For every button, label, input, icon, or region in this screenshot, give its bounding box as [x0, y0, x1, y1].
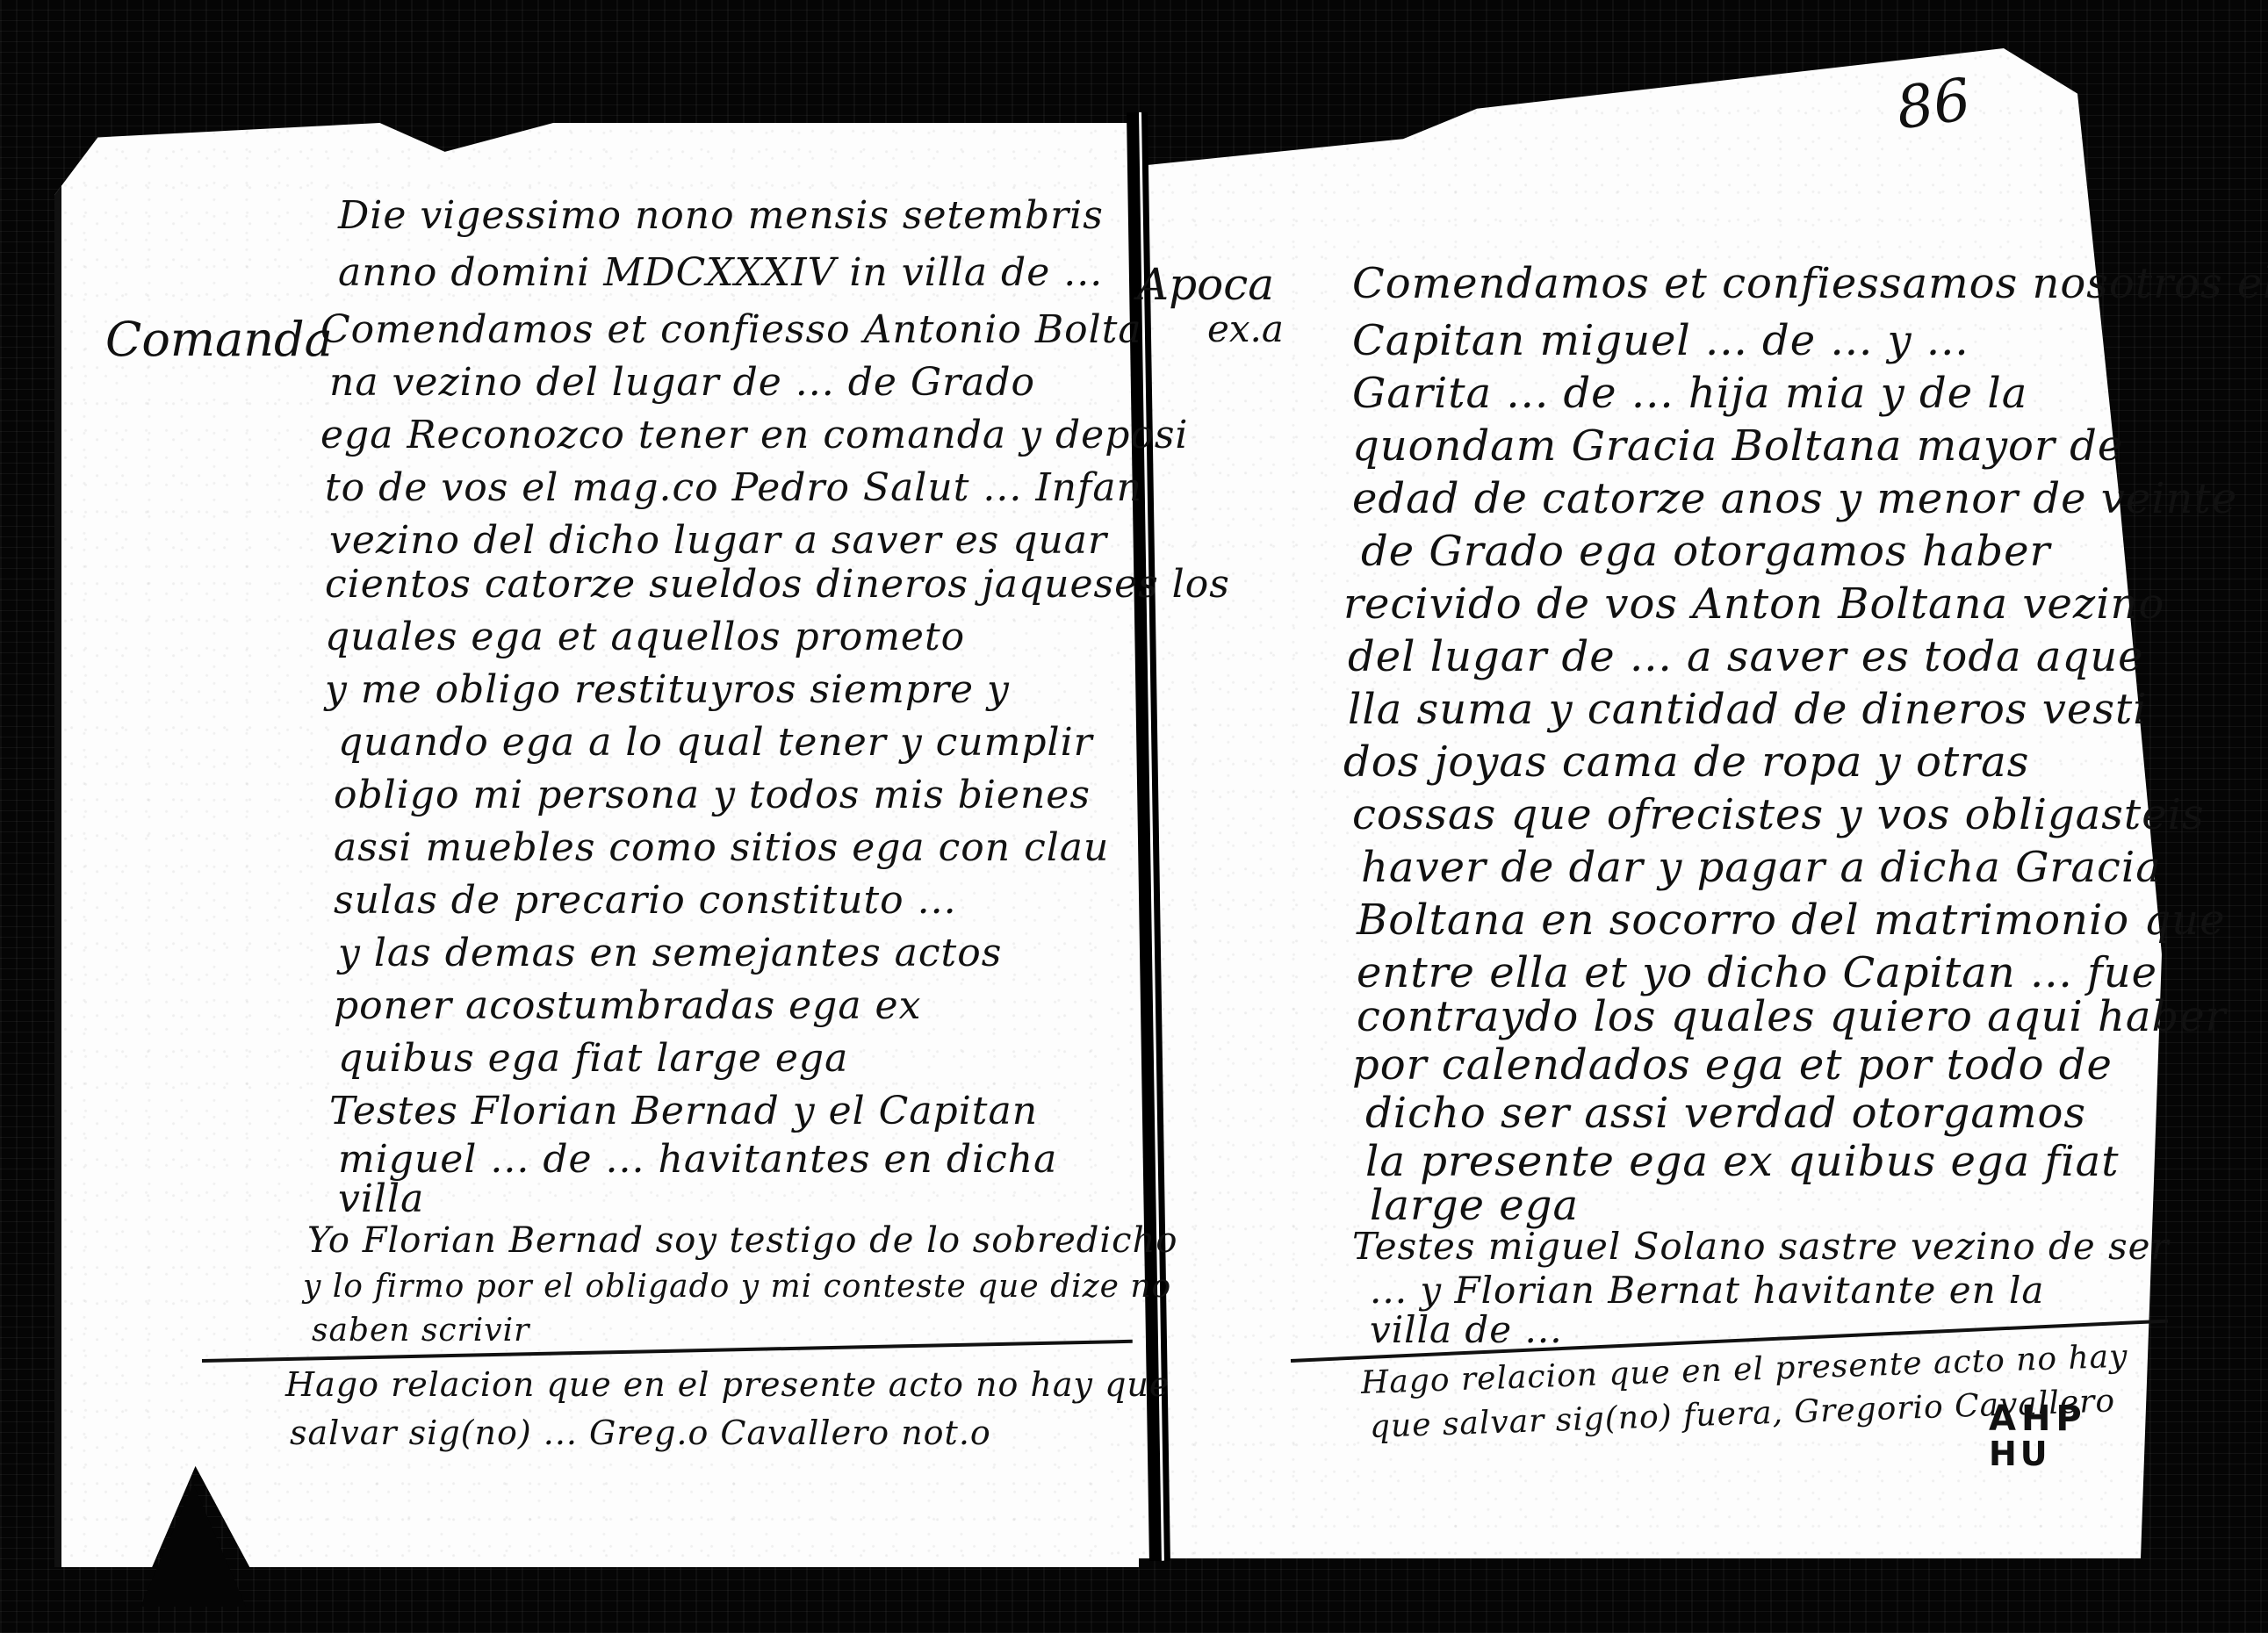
text-line: na vezino del lugar de ... de Grado — [329, 360, 1035, 405]
archive-stamp-line1: AHP — [1989, 1400, 2087, 1437]
text-line: haver de dar y pagar a dicha Gracia — [1361, 843, 2162, 892]
right-margin-note-exa: ex.a — [1207, 307, 1284, 350]
text-line: y lo firmo por el obligado y mi conteste… — [303, 1269, 1171, 1305]
text-line: cientos catorze sueldos dineros jaqueses… — [325, 562, 1230, 607]
text-line: anno domini MDCXXXIV in villa de ... — [338, 250, 1103, 295]
text-line: villa de ... — [1370, 1308, 1563, 1351]
text-line: contraydo los quales quiero aqui haber — [1357, 992, 2227, 1041]
text-line: quando ega a lo qual tener y cumplir — [338, 720, 1093, 765]
text-line: edad de catorze anos y menor de veinte — [1352, 474, 2237, 523]
text-line: assi muebles como sitios ega con clau — [334, 825, 1109, 870]
text-line: saben scrivir — [312, 1313, 529, 1349]
text-line: dicho ser assi verdad otorgamos — [1365, 1089, 2086, 1138]
text-line: la presente ega ex quibus ega fiat — [1365, 1137, 2120, 1186]
text-line: Garita ... de ... hija mia y de la — [1352, 369, 2027, 418]
right-margin-note-apoca: Apoca — [1137, 259, 1274, 310]
archive-stamp-line2: HU — [1989, 1437, 2087, 1472]
text-line: villa — [338, 1176, 424, 1221]
text-line: Testes Florian Bernad y el Capitan — [329, 1089, 1038, 1133]
text-line: Testes miguel Solano sastre vezino de se… — [1352, 1225, 2170, 1268]
text-line: miguel ... de ... havitantes en dicha — [338, 1137, 1057, 1182]
text-line: ... y Florian Bernat havitante en la — [1370, 1269, 2044, 1312]
folio-number: 86 — [1892, 66, 1975, 143]
text-line: poner acostumbradas ega ex — [334, 983, 921, 1028]
footer-line: Hago relacion que en el presente acto no… — [285, 1365, 1170, 1404]
text-line: por calendados ega et por todo de — [1352, 1040, 2113, 1090]
text-line: Die vigessimo nono mensis setembris — [338, 193, 1104, 238]
text-line: lla suma y cantidad de dineros vesti — [1348, 685, 2148, 734]
footer-line: salvar sig(no) ... Greg.o Cavallero not.… — [290, 1414, 991, 1452]
text-line: del lugar de ... a saver es toda aque — [1348, 632, 2144, 681]
text-line: entre ella et yo dicho Capitan ... fue — [1357, 948, 2157, 997]
text-line: large ega — [1370, 1181, 1579, 1230]
text-line: de Grado ega otorgamos haber — [1361, 527, 2050, 576]
text-line: Boltana en socorro del matrimonio que — [1357, 896, 2226, 945]
text-line: vezino del dicho lugar a saver es quar — [329, 518, 1107, 563]
text-line: to de vos el mag.co Pedro Salut ... Infa… — [325, 465, 1142, 510]
text-line: dos joyas cama de ropa y otras — [1343, 737, 2029, 787]
text-line: quales ega et aquellos prometo — [325, 615, 965, 659]
text-line: Comendamos et confiesso Antonio Bolta — [320, 307, 1142, 352]
text-line: ega Reconozco tener en comanda y deposi — [320, 413, 1189, 457]
text-line: y me obligo restituyros siempre y — [325, 667, 1010, 712]
text-line: y las demas en semejantes actos — [338, 931, 1002, 975]
text-line: obligo mi persona y todos mis bienes — [334, 773, 1091, 817]
torn-corner — [140, 1484, 246, 1607]
text-line: Yo Florian Bernad soy testigo de lo sobr… — [307, 1220, 1177, 1261]
text-line: Capitan miguel ... de ... y ... — [1352, 316, 1969, 365]
text-line: sulas de precario constituto ... — [334, 878, 957, 923]
text-line: quibus ega fiat large ega — [338, 1036, 848, 1081]
left-margin-note: Comanda — [105, 312, 333, 367]
text-line: recivido de vos Anton Boltana vezino — [1343, 579, 2164, 629]
text-line: quondam Gracia Boltana mayor de — [1352, 421, 2123, 471]
archive-stamp: AHP HU — [1989, 1400, 2087, 1472]
text-line: Comendamos et confiessamos nosotros el — [1352, 259, 2268, 308]
text-line: cossas que ofrecistes y vos obligasteis — [1352, 790, 2205, 839]
